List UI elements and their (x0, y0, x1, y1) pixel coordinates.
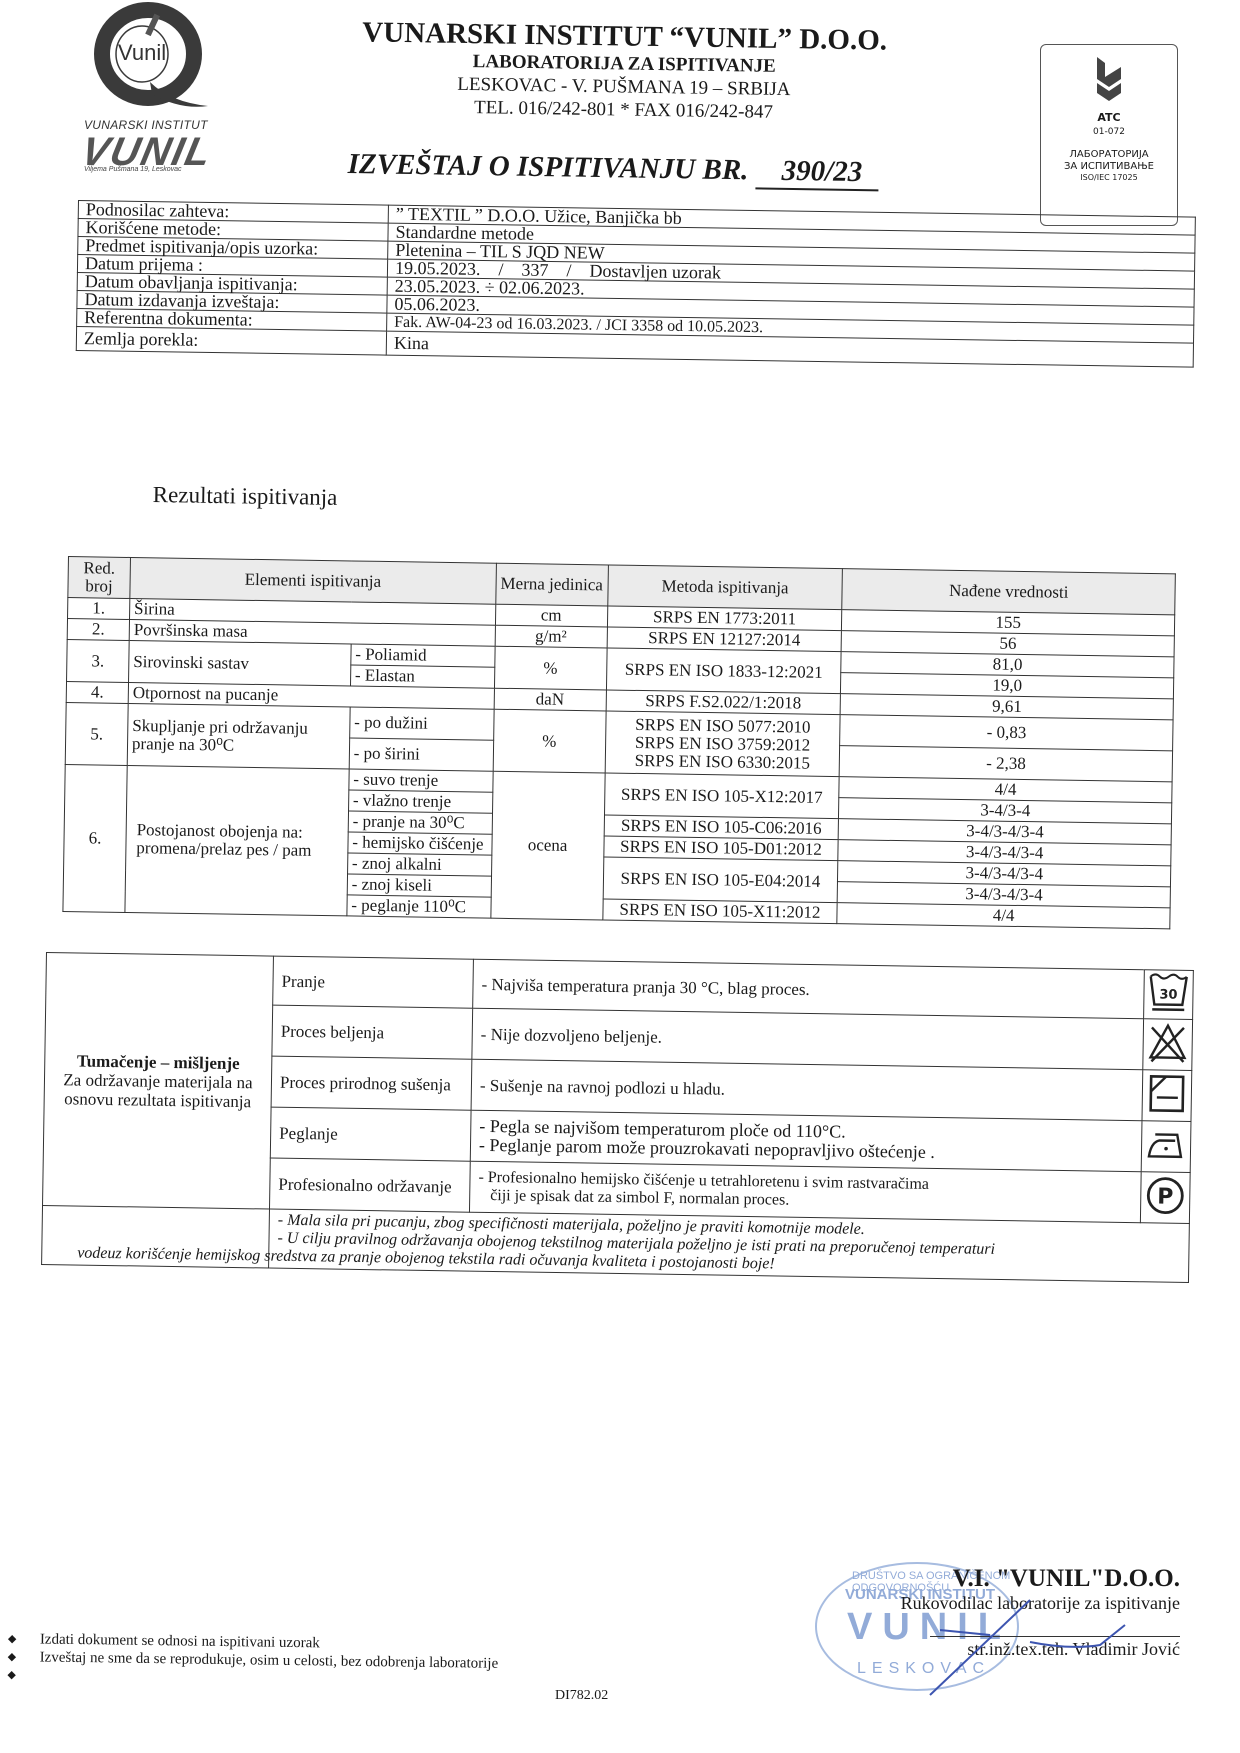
care-label: Pranje (273, 956, 474, 1008)
iron-low-icon (1141, 1121, 1191, 1173)
dry-flat-shade-icon (1142, 1070, 1192, 1122)
svg-text:P: P (1157, 1184, 1174, 1209)
row-unit: g/m² (495, 625, 607, 648)
row-element: Sirovinski sastav (128, 640, 350, 685)
row-sub-label: - vlažno trenje (348, 790, 492, 813)
row-no: 6. (63, 764, 127, 912)
care-subtitle: Za održavanje materijala na osnovu rezul… (63, 1070, 253, 1111)
row-unit: % (493, 709, 606, 773)
atc-mark-icon (1089, 55, 1129, 105)
row-method: SRPS EN ISO 105-X11:2012 (602, 899, 837, 924)
accreditation-badge: ATC 01-072 ЛАБОРАТОРИЈА ЗА ИСПИТИВАЊЕ IS… (1040, 44, 1178, 226)
vunil-logo: Vunil VUNARSKI INSTITUT VUNIL Viljema Pu… (82, 2, 232, 177)
col-unit: Merna jedinica (495, 563, 608, 606)
atc-standard: ISO/IEC 17025 (1041, 173, 1177, 182)
row-method: SRPS EN ISO 105-X12:2017 (604, 773, 839, 819)
diamond-bullet-icon: ◆ (8, 1630, 40, 1648)
no-bleach-icon (1143, 1019, 1193, 1071)
row-unit: % (494, 646, 607, 690)
row-sub-label: - pranje na 30⁰C (348, 811, 492, 834)
svg-text:30: 30 (1159, 987, 1177, 1002)
logo-address: Viljema Pušmana 19, Leskovac (84, 166, 182, 173)
care-title: Tumačenje – mišljenje (77, 1051, 240, 1073)
atc-line2: ЗА ИСПИТИВАЊЕ (1041, 161, 1177, 173)
atc-line1: ЛАБОРАТОРИЈА (1041, 149, 1177, 161)
method-line: SRPS EN ISO 6330:2015 (609, 751, 835, 773)
diamond-bullet-icon: ◆ (7, 1666, 39, 1684)
row-value: - 2,38 (840, 746, 1173, 782)
row-unit: daN (494, 688, 606, 711)
row-unit: cm (495, 604, 607, 627)
care-label: Peglanje (270, 1107, 471, 1161)
row-sub-label: - peglanje 110⁰C (347, 895, 491, 918)
report-title: IZVEŠTAJ O ISPITIVANJU BR. 390/23 (347, 148, 878, 191)
care-label: Profesionalno održavanje (269, 1158, 470, 1212)
results-table: Red. broj Elementi ispitivanja Merna jed… (62, 556, 1175, 929)
footer-notes: ◆Izdati dokument se odnosi na ispitivani… (7, 1630, 498, 1691)
report-number: 390/23 (755, 154, 878, 191)
row-no: 4. (66, 681, 128, 703)
row-no: 2. (67, 619, 129, 641)
row-no: 1. (68, 598, 130, 620)
logo-circle-text: Vunil (118, 40, 166, 66)
care-label: Proces prirodnog sušenja (271, 1056, 472, 1110)
row-sub-label: - po dužini (349, 707, 493, 740)
atc-code: ATC (1041, 111, 1177, 124)
care-interpretation: Tumačenje – mišljenje Za održavanje mate… (43, 953, 274, 1210)
row-value: 4/4 (837, 903, 1170, 929)
row-element: Skupljanje pri održavanju pranje na 30⁰C (127, 703, 350, 768)
diamond-bullet-icon: ◆ (7, 1648, 39, 1666)
care-instructions-table: Tumačenje – mišljenje Za održavanje mate… (41, 952, 1194, 1283)
row-sub-label: - znoj alkalni (347, 853, 491, 876)
row-sub-label: - Poliamid (351, 644, 495, 667)
document-id: DI782.02 (555, 1688, 608, 1704)
row-sub-label: - suvo trenje (349, 769, 493, 792)
row-method: SRPS EN ISO 5077:2010 SRPS EN ISO 3759:2… (605, 711, 841, 777)
row-sub-label: - po širini (349, 738, 493, 771)
row-method: SRPS EN ISO 105-E04:2014 (603, 857, 838, 903)
atc-number: 01-072 (1041, 127, 1177, 137)
signature-company: V.I. "VUNIL"D.O.O. (880, 1565, 1180, 1593)
col-element: Elementi ispitivanja (130, 557, 496, 604)
row-no: 5. (65, 702, 128, 765)
dry-clean-p-icon: P (1140, 1172, 1190, 1224)
report-title-text: IZVEŠTAJ O ISPITIVANJU BR. (347, 148, 748, 186)
care-label: Proces beljenja (272, 1005, 473, 1059)
row-unit: ocena (491, 771, 605, 920)
letterhead: VUNARSKI INSTITUT “VUNIL” D.O.O. LABORAT… (338, 15, 910, 127)
col-value: Nađene vrednosti (842, 569, 1175, 615)
row-sub-label: - hemijsko čišćenje (348, 832, 492, 855)
row-sub-label: - znoj kiseli (347, 874, 491, 897)
results-heading: Rezultati ispitivanja (153, 482, 338, 511)
row-element: Postojanost obojenja na: promena/prelaz … (125, 765, 349, 915)
row-method: SRPS EN ISO 1833-12:2021 (606, 648, 841, 694)
col-no: Red. broj (68, 557, 131, 599)
row-sub-label: - Elastan (350, 665, 494, 688)
row-no: 3. (67, 639, 130, 682)
handwritten-signature-icon (920, 1590, 1160, 1700)
wash-30-gentle-icon: 30 (1144, 970, 1194, 1020)
request-info-table: Podnosilac zahteva:” TEXTIL ” D.O.O. Uži… (76, 200, 1196, 368)
col-method: Metoda ispitivanja (607, 565, 842, 610)
info-label: Zemlja porekla: (76, 326, 386, 355)
care-row: Tumačenje – mišljenje Za održavanje mate… (46, 953, 1194, 1020)
